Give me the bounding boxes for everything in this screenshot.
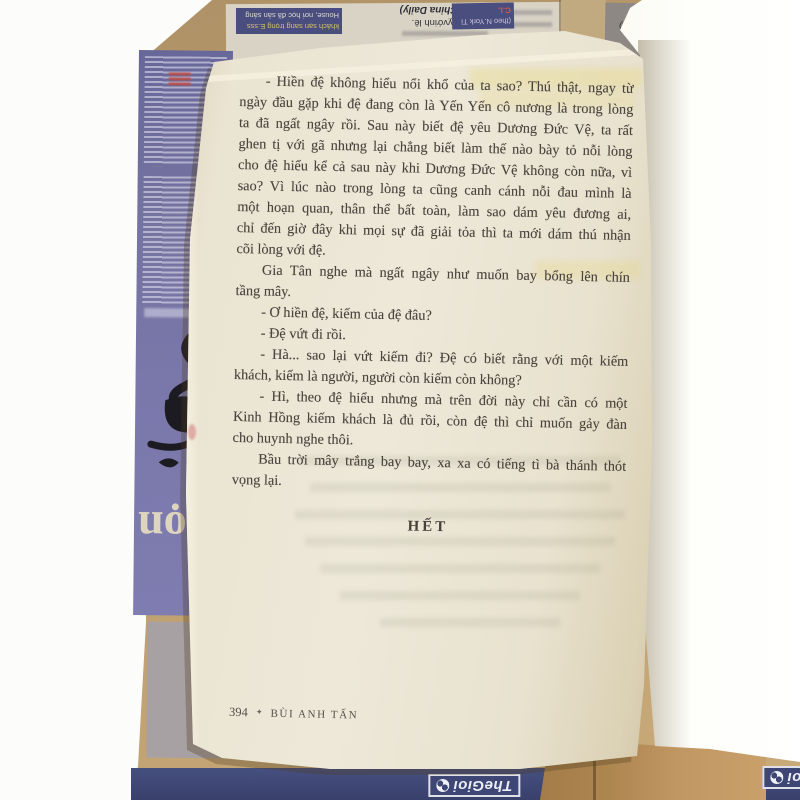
globe-icon [436, 779, 449, 792]
left-book-page: - Hiền đệ không hiểu nổi khổ của ta sao?… [180, 24, 660, 776]
footer-separator: ✦ [256, 707, 263, 716]
magazine-red-fragment [169, 72, 191, 87]
masthead-logo: TheGioi [428, 774, 520, 797]
masthead-text: TheGioi [787, 769, 800, 786]
page-footer: 394✦BÙI ANH TẤN [229, 705, 358, 723]
page-text-block: - Hiền đệ không hiểu nổi khổ của ta sao?… [227, 71, 634, 739]
author-name: BÙI ANH TẤN [270, 708, 358, 722]
end-marker: HẾT [231, 515, 625, 540]
blue-box-line: House, nơi học đã sản sáng [239, 10, 339, 21]
red-mark [188, 424, 196, 440]
globe-icon [770, 771, 783, 784]
source-abbr: C.L [455, 5, 511, 17]
masthead-text: TheGioi [453, 777, 512, 794]
blue-box-line: khách sạn sang trọng E.sss [239, 21, 339, 32]
photo-canvas: T.V (theo China Daily) nhậtlaibỵvớinh lê… [0, 0, 800, 800]
newspaper-blue-box-2: C.L (theo N.York Tì [452, 2, 514, 29]
newspaper-blue-box: House, nơi học đã sản sáng khách sạn san… [236, 8, 342, 34]
masthead-logo-partial: TheGioi [762, 766, 800, 789]
source-name: (theo N.York Tì [455, 16, 511, 28]
text-lines: - Hiền đệ không hiểu nổi khổ của ta sao?… [232, 71, 634, 499]
newspaper-blur-text [402, 31, 488, 36]
page-number: 394 [229, 705, 248, 719]
